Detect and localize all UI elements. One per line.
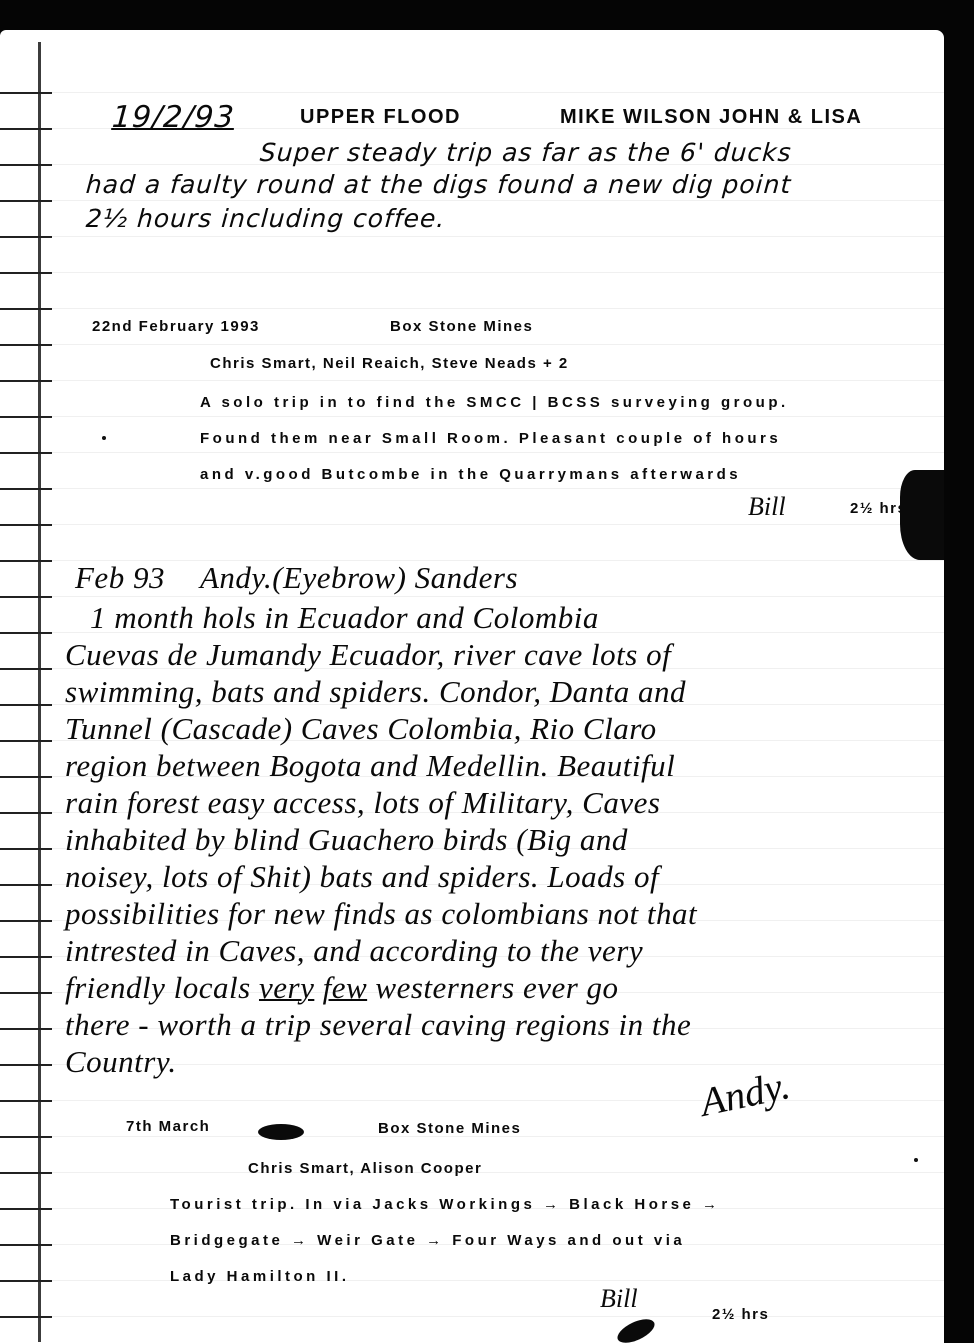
ruled-line xyxy=(0,1316,944,1317)
ruled-line xyxy=(0,1100,944,1101)
ruled-line xyxy=(0,236,944,237)
entry-line: Country. xyxy=(65,1044,177,1080)
entry-line: inhabited by blind Guachero birds (Big a… xyxy=(65,822,628,858)
scan-border-right xyxy=(944,0,974,1343)
ruled-line xyxy=(0,452,944,453)
ruled-line xyxy=(0,1280,944,1281)
trip-duration: 2½ hrs xyxy=(712,1306,769,1323)
entry-line: Found them near Small Room. Pleasant cou… xyxy=(200,430,781,447)
ruled-line xyxy=(0,416,944,417)
ruled-line xyxy=(0,92,944,93)
ruled-line xyxy=(0,380,944,381)
entry-date: 22nd February 1993 xyxy=(92,318,260,335)
trip-duration: 2½ hrs xyxy=(850,500,907,517)
signature: Bill xyxy=(748,492,786,522)
entry-line: rain forest easy access, lots of Militar… xyxy=(65,785,660,821)
logbook-page: 19/2/93 UPPER FLOOD MIKE WILSON JOHN & L… xyxy=(0,30,944,1343)
entry-line: possibilities for new finds as colombian… xyxy=(65,896,697,932)
ink-smudge xyxy=(614,1314,658,1343)
entry-location: UPPER FLOOD xyxy=(300,106,461,129)
entry-people: Chris Smart, Neil Reaich, Steve Neads + … xyxy=(210,355,569,372)
ink-speck xyxy=(102,436,106,440)
entry-line: 2½ hours including coffee. xyxy=(85,204,447,233)
entry-people: MIKE WILSON JOHN & LISA xyxy=(560,106,862,129)
ruled-line xyxy=(0,308,944,309)
ruled-line xyxy=(0,344,944,345)
ink-speck xyxy=(914,1158,918,1162)
signature: Andy. xyxy=(696,1061,794,1126)
entry-line: Super steady trip as far as the 6' ducks xyxy=(259,138,793,167)
entry-line: swimming, bats and spiders. Condor, Dant… xyxy=(65,674,686,710)
entry-line: friendly locals very few westerners ever… xyxy=(65,970,619,1006)
entry-line: Bridgegate → Weir Gate → Four Ways and o… xyxy=(170,1232,685,1249)
ruled-line xyxy=(0,200,944,201)
entry-line: region between Bogota and Medellin. Beau… xyxy=(65,748,675,784)
signature: Bill xyxy=(600,1284,638,1314)
ruled-line xyxy=(0,596,944,597)
entry-date: Feb 93 xyxy=(75,560,165,596)
entry-author: Andy.(Eyebrow) Sanders xyxy=(200,560,518,596)
scribbled-out-text xyxy=(258,1124,304,1140)
entry-location: Box Stone Mines xyxy=(378,1120,521,1137)
entry-line: 1 month hols in Ecuador and Colombia xyxy=(90,600,599,636)
entry-line: A solo trip in to find the SMCC | BCSS s… xyxy=(200,394,789,411)
entry-line: intrested in Caves, and according to the… xyxy=(65,933,643,969)
entry-location: Box Stone Mines xyxy=(390,318,533,335)
ink-smudge xyxy=(900,470,944,560)
entry-date: 7th March xyxy=(126,1118,210,1135)
ruled-line xyxy=(0,488,944,489)
entry-line: there - worth a trip several caving regi… xyxy=(65,1007,691,1043)
entry-line: noisey, lots of Shit) bats and spiders. … xyxy=(65,859,659,895)
entry-line: Cuevas de Jumandy Ecuador, river cave lo… xyxy=(65,637,671,673)
ruled-line xyxy=(0,524,944,525)
entry-people: Chris Smart, Alison Cooper xyxy=(248,1160,482,1177)
entry-line: Lady Hamilton II. xyxy=(170,1268,350,1285)
entry-line: and v.good Butcombe in the Quarrymans af… xyxy=(200,466,741,483)
ruled-line xyxy=(0,272,944,273)
entry-line: had a faulty round at the digs found a n… xyxy=(85,170,792,199)
entry-line: Tourist trip. In via Jacks Workings → Bl… xyxy=(170,1196,721,1213)
entry-date: 19/2/93 xyxy=(111,100,236,135)
entry-line: Tunnel (Cascade) Caves Colombia, Rio Cla… xyxy=(65,711,657,747)
